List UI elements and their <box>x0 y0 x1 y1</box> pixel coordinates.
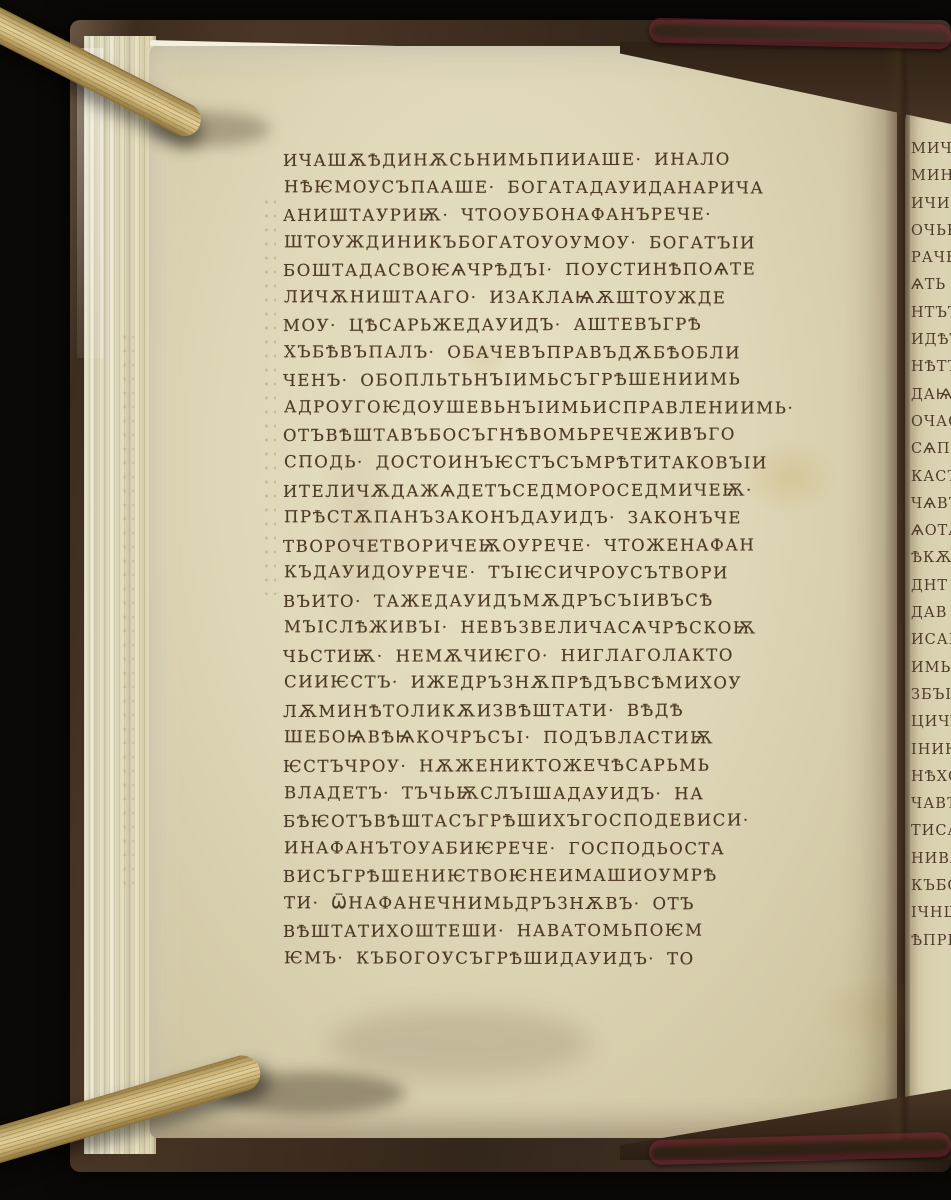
text-line: ВѢШТАТИХОШТЕШИ· НАВАТОМЬПОѤМ <box>283 916 887 945</box>
adjacent-text-fragment: ИМЬН <box>911 655 951 682</box>
text-line: ТИ· ѾНАФАНЕЧНИМЬДРЪЗНѪВЪ· ОТЪ <box>284 889 888 918</box>
adjacent-text-fragment: НѢХОШ <box>911 764 951 791</box>
text-line: ХЪБѢВЪПАЛЪ· ОБАЧЕВЪПРАВЪДѪБѢОБЛИ <box>284 338 888 367</box>
adjacent-text-fragment: МИНѢ <box>911 163 951 190</box>
adjacent-text-fragment: НИВА <box>911 846 951 873</box>
text-line: ИТЕЛИЧѪДАЖѦДЕТЪСЕДМОРОСЕДМИЧЕѬ· <box>283 476 887 505</box>
adjacent-text-fragment: МИЧСА <box>911 136 951 163</box>
adjacent-text-fragment: ДНТ <box>911 573 951 600</box>
adjacent-text-fragment: ѢКѪН <box>911 545 951 572</box>
text-line: ШЕБОѨВѢѨКОЧРЪСЪІ· ПОДЪВЛАСТИѬ <box>284 724 888 753</box>
text-line: НѢѤМОУСЪПААШЕ· БОГАТАДАУИДАНАРИЧА <box>284 173 888 202</box>
text-line: ТВОРОЧЕТВОРИЧЕѬОУРЕЧЕ· ЧТОЖЕНАФАН <box>283 531 887 560</box>
text-line: ѤСТЪЧРОУ· НѪЖЕНИКТОЖЕЧѢСАРЬМЬ <box>283 751 887 780</box>
adjacent-text-fragment: ТИСА· <box>911 818 951 845</box>
prick-marks-column <box>120 330 134 890</box>
adjacent-text-fragment: НТЪТ <box>911 300 951 327</box>
text-line: ЧЬСТИѬ· НЕМѪЧИѤГО· НИГЛАГОЛАКТО <box>283 641 887 670</box>
adjacent-text-fragment: ИЧИ· <box>911 191 951 218</box>
text-line: ЛИЧѪНИШТААГО· ИЗАКЛАѨѪШТОУЖДЕ <box>284 283 888 312</box>
text-line: ОТЪВѢШТАВЪБОСЪГНѢВОМЬРЕЧЕЖИВЪГО <box>283 421 887 450</box>
text-line: ИЧАШѪѢДИНѪСЬНИМЬПИИАШЕ· ИНАЛО <box>283 145 887 174</box>
text-line: МЪІСЛѢЖИВЪІ· НЕВЪЗВЕЛИЧАСѦЧРѢСКОѬ <box>284 614 888 643</box>
adjacent-page-text: МИЧСА МИНѢ ИЧИ· ОЧЬК РАЧЕ ѦТЬ НТЪТ ИДѢТ … <box>911 136 951 955</box>
text-line: ВИСЪГРѢШЕНИѤТВОѤНЕИМАШИОУМРѢ <box>283 861 887 890</box>
adjacent-text-fragment: ДАВ <box>911 600 951 627</box>
adjacent-text-fragment: КЪБОН <box>911 873 951 900</box>
text-line: СПОДЬ· ДОСТОИНЪѤСТЪСЪМРѢТИТАКОВЪІИ <box>284 448 888 477</box>
adjacent-text-fragment: ОЧАОВ <box>911 409 951 436</box>
text-line: АНИШТАУРИѬ· ЧТООУБОНАФАНЪРЕЧЕ· <box>283 200 887 229</box>
text-line: ВЛАДЕТЪ· ТЪЧЬѬСЛЪІШАДАУИДЪ· НА <box>284 779 888 808</box>
stick-shadow <box>330 1008 590 1078</box>
text-line: ЛѪМИНѢТОЛИКѪИЗВѢШТАТИ· ВѢДѢ <box>283 696 887 725</box>
text-block: ИЧАШѪѢДИНѪСЬНИМЬПИИАШЕ· ИНАЛО НѢѤМОУСЪПА… <box>283 146 887 972</box>
adjacent-text-fragment: НѢТЪ· <box>911 354 951 381</box>
manuscript-photo: ИЧАШѪѢДИНѪСЬНИМЬПИИАШЕ· ИНАЛО НѢѤМОУСЪПА… <box>0 0 951 1200</box>
adjacent-text-fragment: ІЧНШ <box>911 900 951 927</box>
text-line: ѤМЪ· КЪБОГОУСЪГРѢШИДАУИДЪ· ТО <box>284 944 888 973</box>
text-line: ЧЕНЪ· ОБОПЛЬТЬНЪІИМЬСЪГРѢШЕНИИМЬ <box>283 365 887 394</box>
adjacent-text-fragment: ЧАВЪѢ <box>911 791 951 818</box>
text-line: ВЪИТО· ТАЖЕДАУИДЪМѪДРЪСЪІИВЪСѢ <box>283 586 887 615</box>
text-line: ИНАФАНЪТОУАБИѤРЕЧЕ· ГОСПОДЬОСТА <box>284 834 888 863</box>
adjacent-text-fragment: ДАѨВЬ <box>911 382 951 409</box>
page-fold-shadow <box>884 46 910 1140</box>
adjacent-text-fragment: ЗБЪІТ <box>911 682 951 709</box>
adjacent-text-fragment: ЦИЧТ <box>911 709 951 736</box>
adjacent-text-fragment: ѦТЬ <box>911 272 951 299</box>
adjacent-text-fragment: РАЧЕ <box>911 245 951 272</box>
text-line: МОУ· ЦѢСАРЬЖЕДАУИДЪ· АШТЕВЪГРѢ <box>283 310 887 339</box>
text-line: АДРОУГОѤДОУШЕВЬНЪІИМЬИСПРАВЛЕНИИМЬ· <box>284 393 888 422</box>
adjacent-text-fragment: ѢПРН <box>911 928 951 955</box>
adjacent-page: МИЧСА МИНѢ ИЧИ· ОЧЬК РАЧЕ ѦТЬ НТЪТ ИДѢТ … <box>905 96 951 1152</box>
text-line: СИИѤСТЪ· ИЖЕДРЪЗНѪПРѢДЪВСѢМИХОУ <box>284 669 888 698</box>
adjacent-text-fragment: КАСЪГ <box>911 464 951 491</box>
text-line: ШТОУЖДИНИКЪБОГАТОУОУМОУ· БОГАТЪІИ <box>284 228 888 257</box>
adjacent-text-fragment: ОЧЬК <box>911 218 951 245</box>
adjacent-text-fragment: ИДѢТ <box>911 327 951 354</box>
adjacent-text-fragment: ѦОТА <box>911 518 951 545</box>
text-line: БѢѤОТЪВѢШТАСЪГРѢШИХЪГОСПОДЕВИСИ· <box>283 806 887 835</box>
adjacent-text-fragment: ЧѦВЪВ <box>911 491 951 518</box>
prick-marks-column <box>262 195 276 595</box>
adjacent-text-fragment: ІНИН <box>911 737 951 764</box>
text-line: БОШТАДАСВОѤѦЧРѢДЪІ· ПОУСТИНѢПОѦТЕ <box>283 255 887 284</box>
text-line: КЪДАУИДОУРЕЧЕ· ТЪІѤСИЧРОУСЪТВОРИ <box>284 558 888 587</box>
adjacent-text-fragment: ИСАКІ <box>911 627 951 654</box>
text-line: ПРѢСТѪПАНЪЗАКОНЪДАУИДЪ· ЗАКОНЪЧЕ <box>284 503 888 532</box>
adjacent-text-fragment: СѦПРО <box>911 436 951 463</box>
